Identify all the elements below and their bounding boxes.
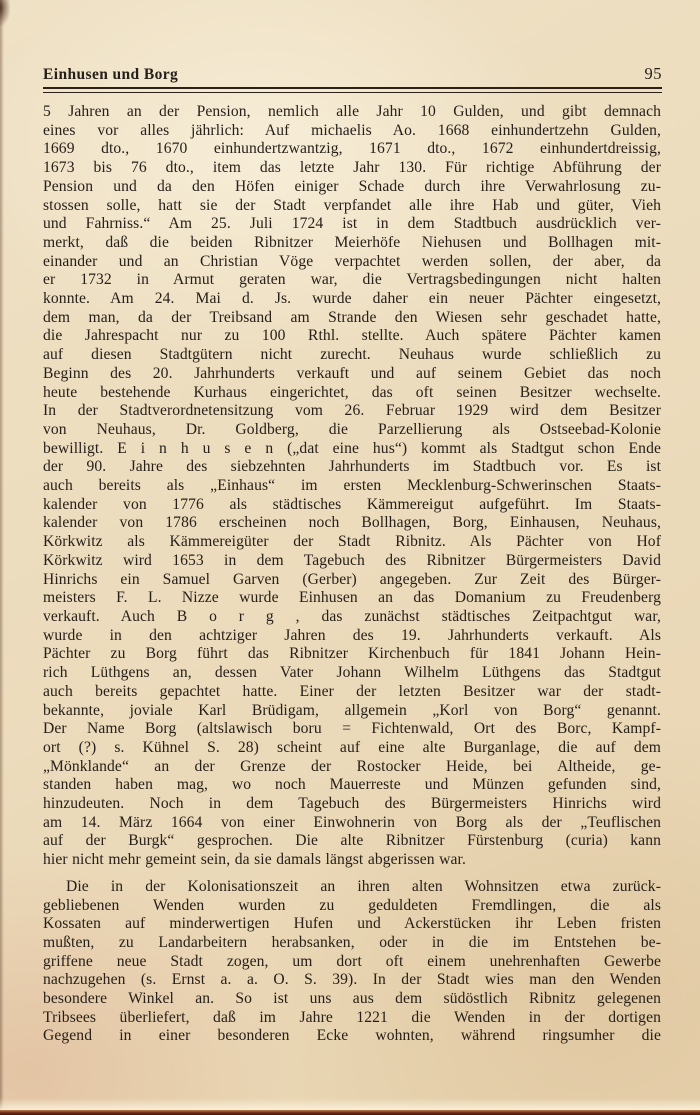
text-line: hinzudeuten. Noch in dem Tagebuch des Bü… (43, 795, 661, 814)
text-line: ort (?) s. Kühnel S. 28) scheint auf ein… (43, 739, 661, 758)
text-line: von Neuhaus, Dr. Goldberg, die Parzellie… (43, 421, 661, 440)
text-line: der 90. Jahre des siebzehnten Jahrhunder… (43, 458, 661, 477)
text-line: Die in der Kolonisationszeit an ihren al… (43, 878, 661, 897)
paragraph: 5 Jahren an der Pension, nemlich alle Ja… (43, 103, 661, 870)
text-line: gebliebenen Wenden wurden zu geduldeten … (43, 897, 661, 916)
text-line: konnte. Am 24. Mai d. Js. wurde daher ei… (43, 290, 661, 309)
text-line: 1673 bis 76 dto., item das letzte Jahr 1… (43, 159, 661, 178)
text-line: griffene neue Stadt zogen, um dort oft e… (43, 953, 661, 972)
text-line: kalender von 1786 erscheinen noch Bollha… (43, 514, 661, 533)
text-line: heute bestehende Kurhaus eingerichtet, d… (43, 384, 661, 403)
text-line: und Fahrniss.“ Am 25. Juli 1724 ist in d… (43, 215, 661, 234)
text-line: kalender von 1776 als städtisches Kämmer… (43, 496, 661, 515)
text-line: standen haben mag, wo noch Mauerreste un… (43, 776, 661, 795)
text-line: wurde in den achtziger Jahren des 19. Ja… (43, 627, 661, 646)
text-line: bewilligt. E i n h u s e n („dat eine hu… (43, 440, 661, 459)
text-line: „Mönklande“ an der Grenze der Rostocker … (43, 758, 661, 777)
text-line: auch bereits gepachtet hatte. Einer der … (43, 683, 661, 702)
text-line: stossen solle, hatt sie der Stadt verpfa… (43, 197, 661, 216)
book-page: Einhusen und Borg 95 5 Jahren an der Pen… (0, 0, 700, 1115)
running-header: Einhusen und Borg 95 (43, 64, 662, 84)
header-rule (43, 87, 662, 93)
page-edge-bottom (0, 1110, 700, 1115)
text-line: nachzugehen (s. Ernst a. a. O. S. 39). I… (43, 971, 661, 990)
text-line: auf diesen Stadtgütern nicht zurecht. Ne… (43, 346, 661, 365)
text-line: Hinrichs ein Samuel Garven (Gerber) ange… (43, 571, 661, 590)
page-edge-left (0, 0, 4, 1115)
page-edge-highlight (0, 1098, 700, 1110)
text-line: Beginn des 20. Jahrhunderts verkauft und… (43, 365, 661, 384)
text-line: einander und an Christian Vöge verpachte… (43, 253, 661, 272)
text-line: hier nicht mehr gemeint sein, da sie dam… (43, 851, 661, 870)
text-line: Körkwitz wird 1653 in dem Tagebuch des R… (43, 552, 661, 571)
text-line: merkt, daß die beiden Ribnitzer Meierhöf… (43, 234, 661, 253)
page-body: 5 Jahren an der Pension, nemlich alle Ja… (43, 103, 661, 1046)
text-line: besondere Winkel an. So ist uns aus dem … (43, 990, 661, 1009)
text-line: 5 Jahren an der Pension, nemlich alle Ja… (43, 103, 661, 122)
text-line: Pächter zu Borg führt das Ribnitzer Kirc… (43, 645, 661, 664)
text-line: dem man, da der Treibsand am Strande den… (43, 309, 661, 328)
text-line: Körkwitz als Kämmereigüter der Stadt Rib… (43, 533, 661, 552)
text-line: meisters F. L. Nizze wurde Einhusen an d… (43, 589, 661, 608)
text-line: rich Lüthgens an, dessen Vater Johann Wi… (43, 664, 661, 683)
text-line: die Jahrespacht nur zu 100 Rthl. stellte… (43, 327, 661, 346)
text-line: er 1732 in Armut geraten war, die Vertra… (43, 271, 661, 290)
page-number: 95 (645, 64, 663, 84)
text-line: Kossaten auf minderwertigen Hufen und Ac… (43, 915, 661, 934)
text-line: Gegend in einer besonderen Ecke wohnten,… (43, 1027, 661, 1046)
text-line: eines vor alles jährlich: Auf michaelis … (43, 122, 661, 141)
text-line: 1669 dto., 1670 einhundertzwantzig, 1671… (43, 140, 661, 159)
header-title: Einhusen und Borg (43, 66, 178, 84)
paragraph: Die in der Kolonisationszeit an ihren al… (43, 878, 661, 1046)
text-line: verkauft. Auch B o r g , das zunächst st… (43, 608, 661, 627)
text-line: auch bereits als „Einhaus“ im ersten Mec… (43, 477, 661, 496)
text-line: auf der Burgk“ gesprochen. Die alte Ribn… (43, 832, 661, 851)
text-line: Pension und da den Höfen einiger Schade … (43, 178, 661, 197)
text-line: bekannte, joviale Karl Brüdigam, allgeme… (43, 702, 661, 721)
text-line: Tribsees überliefert, daß im Jahre 1221 … (43, 1009, 661, 1028)
text-line: Der Name Borg (altslawisch boru = Fichte… (43, 720, 661, 739)
text-line: mußten, zu Landarbeitern herabsanken, od… (43, 934, 661, 953)
text-line: am 14. März 1664 von einer Einwohnerin v… (43, 814, 661, 833)
text-line: In der Stadtverordnetensitzung vom 26. F… (43, 402, 661, 421)
page-edge-corner (0, 0, 10, 26)
